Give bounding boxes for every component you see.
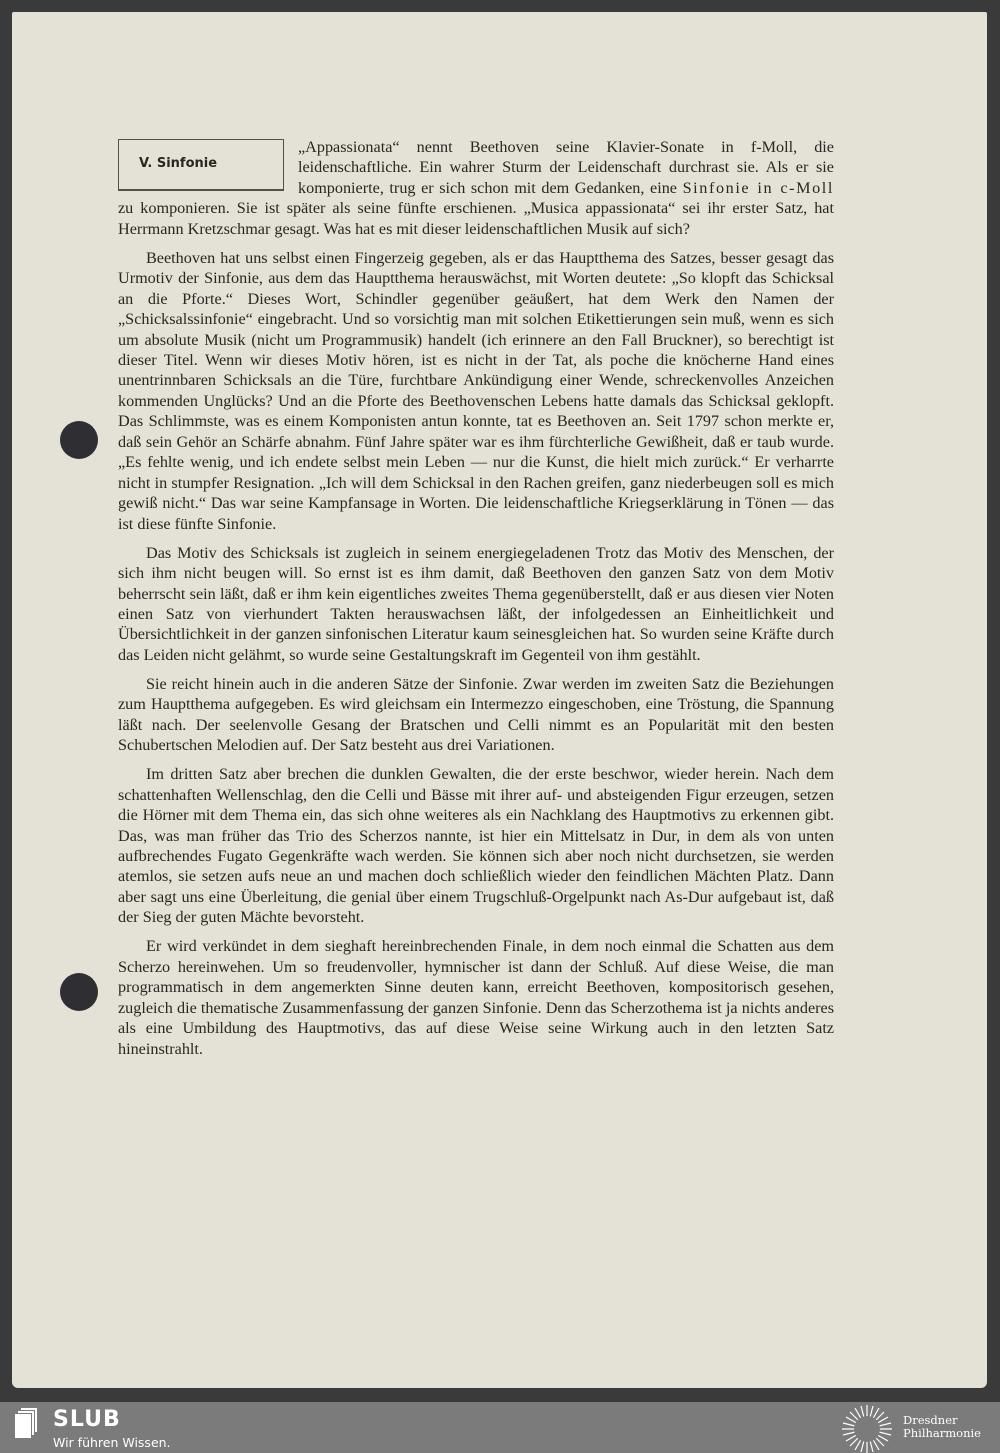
paragraph: Im dritten Satz aber brechen die dunklen… — [118, 764, 834, 928]
slub-name[interactable]: SLUB — [53, 1407, 121, 1432]
punch-hole — [60, 421, 98, 459]
section-title-box: V. Sinfonie — [118, 139, 284, 191]
paragraph: Das Motiv des Schicksals ist zugleich in… — [118, 543, 834, 666]
paragraph: Sie reicht hinein auch in die anderen Sä… — [118, 674, 834, 756]
section-title: V. Sinfonie — [139, 154, 217, 174]
paragraph-text: zu komponieren. Sie ist später als seine… — [118, 199, 834, 237]
punch-hole — [60, 973, 98, 1011]
dp-name-line2: Philharmonie — [903, 1427, 981, 1440]
slub-tagline: Wir führen Wissen. — [53, 1435, 171, 1450]
footer-bar: SLUB Wir führen Wissen. Dresdner Philhar… — [0, 1402, 1000, 1453]
paragraph: Beethoven hat uns selbst einen Fingerzei… — [118, 248, 834, 534]
paragraph: Er wird verkündet in dem sieghaft herein… — [118, 936, 834, 1059]
radiant-ring-icon — [840, 1405, 894, 1453]
spaced-emphasis: Sinfonie in c-Moll — [683, 179, 834, 197]
dresdner-philharmonie-name[interactable]: Dresdner Philharmonie — [903, 1414, 981, 1440]
book-pages-icon — [13, 1408, 39, 1438]
document-body: V. Sinfonie „Appassionata“ nennt Beethov… — [118, 125, 834, 1067]
